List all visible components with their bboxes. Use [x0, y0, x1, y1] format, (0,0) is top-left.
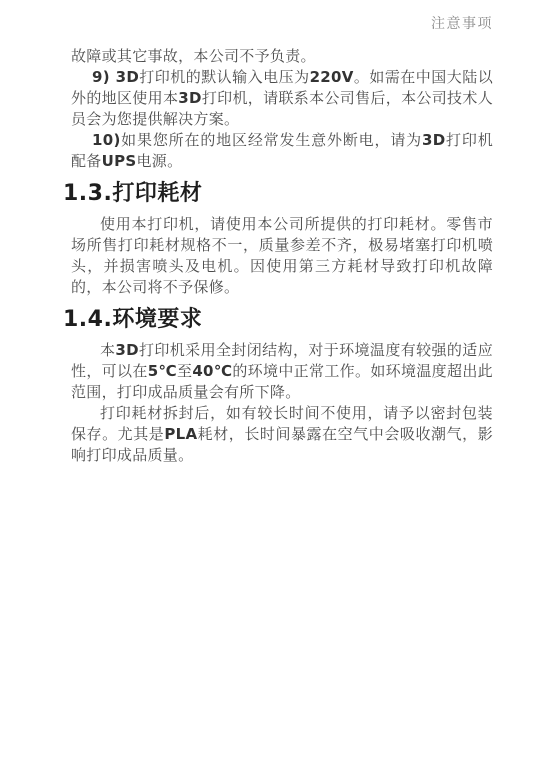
- text-run: 故障或其它事故，本公司不予负责。: [71, 47, 316, 65]
- page-header-title: 注意事项: [431, 16, 493, 32]
- paragraph: 打印耗材拆封后，如有较长时间不使用，请予以密封包装保存。尤其是PLA耗材，长时间…: [71, 403, 493, 466]
- text-run: 至: [177, 362, 192, 380]
- bold-text-run: 220V: [310, 68, 354, 86]
- paragraph: 本3D打印机采用全封闭结构，对于环境温度有较强的适应性，可以在5℃至40℃的环境…: [71, 340, 493, 403]
- bold-text-run: 5℃: [148, 362, 177, 380]
- bold-text-run: 3D: [115, 341, 139, 359]
- text-run: 电源。: [137, 152, 183, 170]
- bold-text-run: UPS: [102, 152, 137, 170]
- document-body: 故障或其它事故，本公司不予负责。9) 3D打印机的默认输入电压为220V。如需在…: [63, 46, 493, 466]
- bold-text-run: 3D: [422, 131, 446, 149]
- text-run: 如果您所在的地区经常发生意外断电，请为: [121, 131, 422, 149]
- paragraph: 10)如果您所在的地区经常发生意外断电，请为3D打印机配备UPS电源。: [71, 130, 493, 172]
- bold-text-run: PLA: [164, 425, 197, 443]
- text-run: 使用本打印机，请使用本公司所提供的打印耗材。零售市场所售打印耗材规格不一，质量参…: [71, 215, 493, 296]
- paragraph: 9) 3D打印机的默认输入电压为220V。如需在中国大陆以外的地区使用本3D打印…: [71, 67, 493, 130]
- paragraph: 使用本打印机，请使用本公司所提供的打印耗材。零售市场所售打印耗材规格不一，质量参…: [71, 214, 493, 298]
- bold-text-run: 10): [92, 131, 121, 149]
- bold-text-run: 40℃: [192, 362, 232, 380]
- text-run: 本: [100, 341, 115, 359]
- section-heading: 1.4.环境要求: [63, 306, 493, 334]
- manual-page: 注意事项 故障或其它事故，本公司不予负责。9) 3D打印机的默认输入电压为220…: [0, 0, 543, 768]
- text-run: 打印机的默认输入电压为: [139, 68, 309, 86]
- bold-text-run: 3D: [178, 89, 202, 107]
- section-heading: 1.3.打印耗材: [63, 180, 493, 208]
- paragraph: 故障或其它事故，本公司不予负责。: [71, 46, 493, 67]
- bold-text-run: 9) 3D: [92, 68, 139, 86]
